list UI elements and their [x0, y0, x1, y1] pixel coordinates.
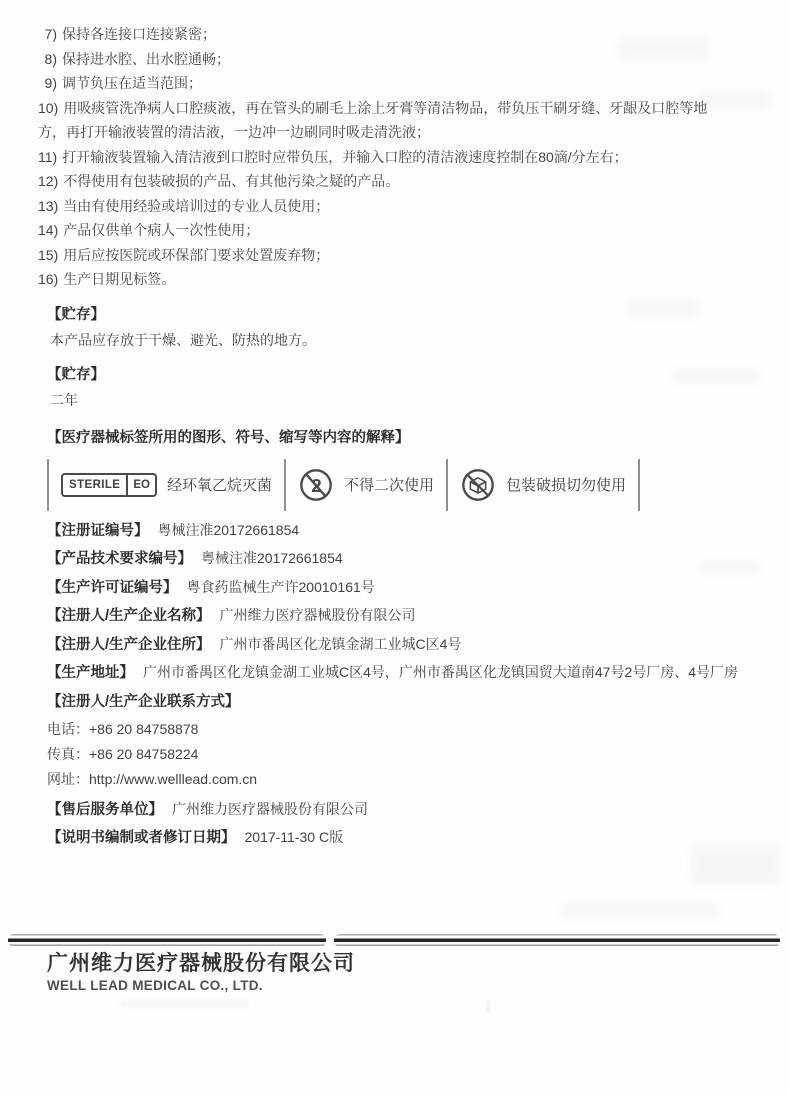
- field-label: 【生产许可证编号】: [47, 580, 178, 596]
- contact-fax: 传真：+86 20 84758224: [47, 742, 790, 767]
- field-label: 【售后服务单位】: [47, 802, 163, 818]
- scan-artifact: [628, 300, 698, 318]
- symbol-package-damaged: 包装破损切勿使用: [448, 467, 638, 503]
- rule-segment-left: [8, 934, 326, 947]
- field-after-sales-unit: 【售后服务单位】广州维力医疗器械股份有限公司: [47, 797, 790, 823]
- document-page: 7)保持各连接口连接紧密； 8)保持进水腔、出水腔通畅； 9)调节负压在适当范围…: [0, 0, 790, 1095]
- list-item: 14)产品仅供单个病人一次性使用；: [38, 218, 722, 243]
- field-manual-revision-date: 【说明书编制或者修订日期】2017-11-30 C版: [47, 825, 790, 851]
- list-item: 16)生产日期见标签。: [38, 267, 722, 292]
- item-number: 9): [38, 71, 57, 96]
- sterile-eo-icon: STERILE EO: [61, 473, 157, 497]
- scan-artifact: [690, 845, 780, 885]
- field-production-address: 【生产地址】广州市番禺区化龙镇金湖工业城C区4号，广州市番禺区化龙镇国贸大道南4…: [47, 660, 790, 686]
- storage-section-text: 本产品应存放于干燥、避光、防热的地方。: [50, 328, 790, 353]
- field-value: 广州市番禺区化龙镇金湖工业城C区4号: [220, 636, 462, 652]
- scan-artifact: [618, 38, 708, 60]
- item-number: 15): [38, 243, 58, 268]
- item-number: 14): [38, 218, 58, 243]
- divider: [638, 459, 640, 511]
- rule-segment-right: [334, 934, 780, 947]
- registration-fields: 【注册证编号】粤械注准20172661854 【产品技术要求编号】粤械注准201…: [47, 518, 790, 852]
- list-item: 12)不得使用有包装破损的产品、有其他污染之疑的产品。: [38, 169, 722, 194]
- symbol-label: 包装破损切勿使用: [506, 474, 626, 495]
- contact-website: 网址：http://www.welllead.com.cn: [47, 767, 790, 792]
- item-number: 11): [38, 145, 57, 170]
- list-item: 10)用吸痰管洗净病人口腔痰液，再在管头的刷毛上涂上牙膏等清洁物品，带负压干刷牙…: [38, 96, 722, 145]
- symbols-row: STERILE EO 经环氧乙烷灭菌 2 不得二次使用: [47, 458, 607, 512]
- package-damaged-icon: [460, 467, 496, 503]
- field-manufacturer-name: 【注册人/生产企业名称】广州维力医疗器械股份有限公司: [47, 603, 790, 629]
- scan-artifact: [700, 560, 760, 574]
- numbered-instruction-list: 7)保持各连接口连接紧密； 8)保持进水腔、出水腔通畅； 9)调节负压在适当范围…: [38, 22, 722, 292]
- list-item: 11)打开输液装置输入清洁液到口腔时应带负压，并输入口腔的清洁液速度控制在80滴…: [38, 145, 722, 170]
- field-label: 【注册人/生产企业联系方式】: [47, 694, 240, 710]
- field-label: 【注册人/生产企业名称】: [47, 608, 211, 624]
- item-text: 产品仅供单个病人一次性使用；: [63, 222, 259, 238]
- list-item: 9)调节负压在适当范围；: [38, 71, 722, 96]
- shelf-life-section-text: 二年: [50, 388, 790, 413]
- list-item: 13)当由有使用经验或培训过的专业人员使用；: [38, 194, 722, 219]
- item-number: 10): [38, 96, 58, 121]
- contact-value: +86 20 84758224: [89, 746, 198, 762]
- item-text: 用吸痰管洗净病人口腔痰液，再在管头的刷毛上涂上牙膏等清洁物品，带负压干刷牙缝、牙…: [38, 100, 707, 141]
- contact-label: 传真：: [47, 746, 89, 762]
- company-name-en: WELL LEAD MEDICAL CO., LTD.: [47, 978, 355, 993]
- symbol-sterile-eo: STERILE EO 经环氧乙烷灭菌: [49, 473, 284, 497]
- field-manufacturer-address: 【注册人/生产企业住所】广州市番禺区化龙镇金湖工业城C区4号: [47, 632, 790, 658]
- item-number: 13): [38, 194, 58, 219]
- contact-value: http://www.welllead.com.cn: [89, 771, 257, 787]
- symbol-label: 经环氧乙烷灭菌: [167, 474, 272, 495]
- field-label: 【生产地址】: [47, 665, 134, 681]
- document-content: 7)保持各连接口连接紧密； 8)保持进水腔、出水腔通畅； 9)调节负压在适当范围…: [0, 0, 790, 854]
- scan-artifact: [700, 92, 770, 108]
- do-not-reuse-icon: 2: [298, 467, 334, 503]
- scan-artifact: [672, 368, 762, 384]
- item-text: 调节负压在适当范围；: [62, 75, 202, 91]
- field-tech-requirement-no: 【产品技术要求编号】粤械注准20172661854: [47, 546, 790, 572]
- item-number: 16): [38, 267, 58, 292]
- field-label: 【注册证编号】: [47, 523, 149, 539]
- item-text: 不得使用有包装破损的产品、有其他污染之疑的产品。: [63, 173, 399, 189]
- field-value: 粤械注准20172661854: [158, 522, 300, 538]
- field-label: 【注册人/生产企业住所】: [47, 637, 211, 653]
- field-label: 【产品技术要求编号】: [47, 551, 192, 567]
- field-value: 广州市番禺区化龙镇金湖工业城C区4号，广州市番禺区化龙镇国贸大道南47号2号厂房…: [143, 664, 738, 680]
- item-text: 生产日期见标签。: [63, 271, 175, 287]
- item-number: 8): [38, 47, 57, 72]
- contact-label: 电话：: [47, 721, 89, 737]
- item-text: 保持各连接口连接紧密；: [62, 26, 216, 42]
- scan-artifact: [560, 902, 720, 920]
- item-number: 7): [38, 22, 57, 47]
- company-name-cn: 广州维力医疗器械股份有限公司: [47, 951, 355, 976]
- sterile-text: STERILE: [63, 475, 126, 495]
- field-registration-no: 【注册证编号】粤械注准20172661854: [47, 518, 790, 544]
- footer-double-rule: [8, 934, 780, 947]
- field-value: 粤食药监械生产许20010161号: [187, 579, 375, 595]
- item-text: 保持进水腔、出水腔通畅；: [62, 51, 230, 67]
- eo-text: EO: [126, 475, 155, 495]
- symbol-label: 不得二次使用: [344, 474, 434, 495]
- field-contact-header: 【注册人/生产企业联系方式】: [47, 689, 790, 715]
- field-value: 广州维力医疗器械股份有限公司: [172, 801, 368, 817]
- symbol-do-not-reuse: 2 不得二次使用: [286, 467, 446, 503]
- contact-label: 网址：: [47, 771, 89, 787]
- symbols-section-label: 【医疗器械标签所用的图形、符号、缩写等内容的解释】: [47, 426, 790, 451]
- field-production-license-no: 【生产许可证编号】粤食药监械生产许20010161号: [47, 575, 790, 601]
- scan-artifact: [120, 1000, 250, 1007]
- scan-artifact: [487, 1000, 490, 1014]
- field-value: 2017-11-30 C版: [245, 829, 344, 845]
- item-text: 当由有使用经验或培训过的专业人员使用；: [63, 198, 329, 214]
- company-signature: 广州维力医疗器械股份有限公司 WELL LEAD MEDICAL CO., LT…: [47, 951, 355, 993]
- contact-value: +86 20 84758878: [89, 721, 198, 737]
- list-item: 15)用后应按医院或环保部门要求处置废弃物；: [38, 243, 722, 268]
- field-value: 广州维力医疗器械股份有限公司: [220, 607, 416, 623]
- contact-phone: 电话：+86 20 84758878: [47, 717, 790, 742]
- item-text: 用后应按医院或环保部门要求处置废弃物；: [63, 247, 329, 263]
- item-number: 12): [38, 169, 58, 194]
- field-value: 粤械注准20172661854: [201, 550, 343, 566]
- field-label: 【说明书编制或者修订日期】: [47, 830, 236, 846]
- item-text: 打开输液装置输入清洁液到口腔时应带负压，并输入口腔的清洁液速度控制在80滴/分左…: [62, 149, 627, 165]
